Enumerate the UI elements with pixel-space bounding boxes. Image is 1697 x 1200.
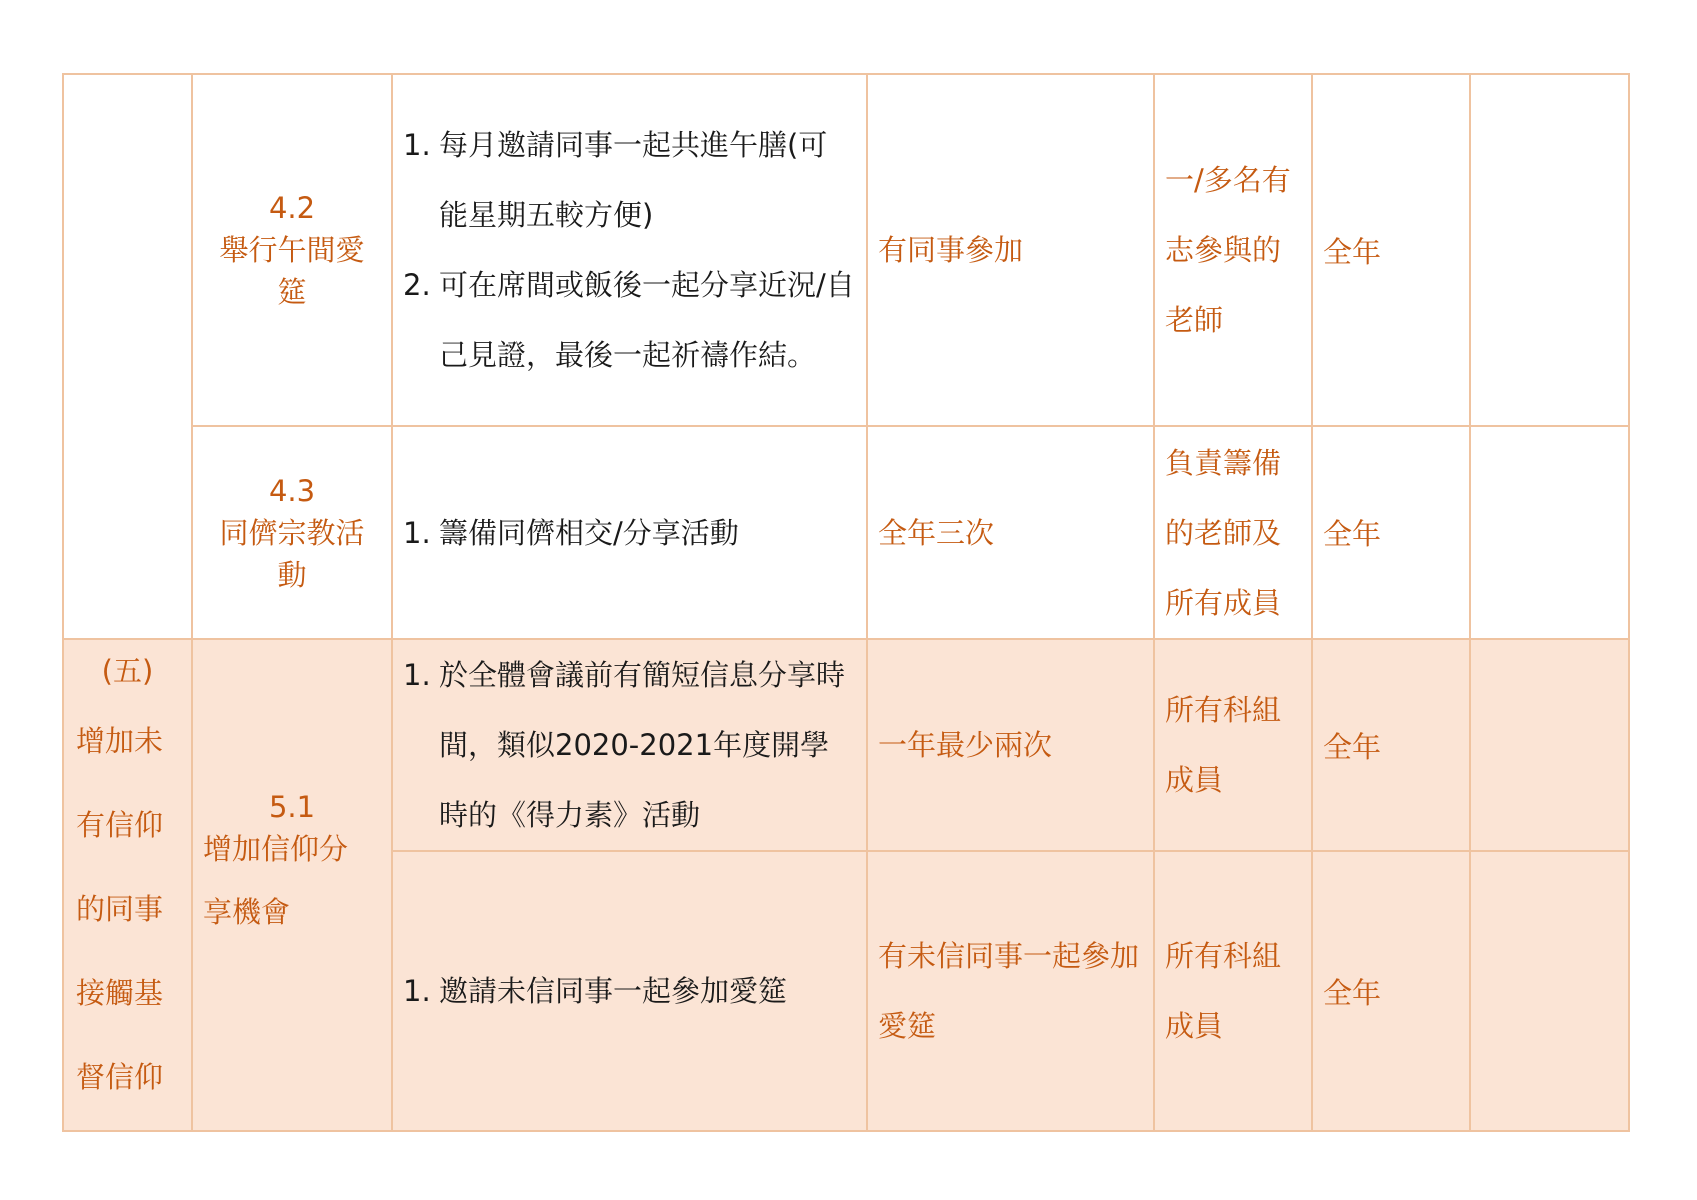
sub-item-number: 4.3 [203, 470, 381, 512]
activities-cell: 1. 每月邀請同事一起共進午膳(可能星期五較方便) 2. 可在席間或飯後一起分享… [392, 74, 867, 426]
goal-cell: (五) 增加未有信仰的同事接觸基督信仰 [63, 639, 192, 1131]
plan-table: 4.2 舉行午間愛筵 1. 每月邀請同事一起共進午膳(可能星期五較方便) 2. … [62, 73, 1630, 1132]
activity-text: 籌備同儕相交/分享活動 [439, 516, 739, 550]
table-row: 4.3 同儕宗教活動 1. 籌備同儕相交/分享活動 全年三次 負責籌備的老師及所… [63, 426, 1629, 639]
sub-item-title-cont: 享機會 [203, 870, 381, 954]
sub-item-cell: 4.2 舉行午間愛筵 [192, 74, 392, 426]
activities-cell: 1. 邀請未信同事一起參加愛筵 [392, 851, 867, 1131]
activity-number: 1. [403, 513, 431, 553]
activity-text: 可在席間或飯後一起分享近況/自己見證，最後一起祈禱作結。 [439, 268, 855, 372]
activity-number: 1. [403, 640, 431, 710]
activity-number: 1. [403, 956, 431, 1026]
activities-cell: 1. 籌備同儕相交/分享活動 [392, 426, 867, 639]
owner-cell: 一/多名有志參與的老師 [1154, 74, 1312, 426]
owner-cell: 所有科組成員 [1154, 851, 1312, 1131]
activity-item: 1. 籌備同儕相交/分享活動 [403, 513, 856, 553]
success-criteria-cell: 一年最少兩次 [867, 639, 1154, 851]
remarks-cell [1470, 426, 1629, 639]
sub-item-title: 增加信仰分 [203, 828, 381, 870]
goal-text: 增加未有信仰的同事接觸基督信仰 [74, 699, 181, 1119]
period-cell: 全年 [1312, 74, 1470, 426]
activity-item: 2. 可在席間或飯後一起分享近況/自己見證，最後一起祈禱作結。 [403, 250, 856, 390]
remarks-cell [1470, 74, 1629, 426]
sub-item-title: 舉行午間愛筵 [203, 229, 381, 313]
activity-number: 2. [403, 250, 431, 320]
sub-item-number: 4.2 [203, 187, 381, 229]
table-row: 4.2 舉行午間愛筵 1. 每月邀請同事一起共進午膳(可能星期五較方便) 2. … [63, 74, 1629, 426]
goal-cell-empty [63, 74, 192, 639]
activity-text: 每月邀請同事一起共進午膳(可能星期五較方便) [439, 128, 827, 232]
activity-item: 1. 邀請未信同事一起參加愛筵 [403, 956, 856, 1026]
success-criteria-cell: 有未信同事一起參加愛筵 [867, 851, 1154, 1131]
activity-text: 於全體會議前有簡短信息分享時間，類似2020-2021年度開學時的《得力素》活動 [439, 658, 845, 832]
sub-item-cell: 4.3 同儕宗教活動 [192, 426, 392, 639]
activity-item: 1. 每月邀請同事一起共進午膳(可能星期五較方便) [403, 110, 856, 250]
sub-item-number: 5.1 [203, 786, 381, 828]
remarks-cell [1470, 639, 1629, 851]
goal-number: (五) [74, 651, 181, 691]
period-cell: 全年 [1312, 426, 1470, 639]
table-row: (五) 增加未有信仰的同事接觸基督信仰 5.1 增加信仰分 享機會 1. 於全體… [63, 639, 1629, 851]
activities-cell: 1. 於全體會議前有簡短信息分享時間，類似2020-2021年度開學時的《得力素… [392, 639, 867, 851]
period-cell: 全年 [1312, 851, 1470, 1131]
sub-item-cell: 5.1 增加信仰分 享機會 [192, 639, 392, 1131]
sub-item-title: 同儕宗教活動 [203, 512, 381, 596]
activity-text: 邀請未信同事一起參加愛筵 [439, 974, 787, 1008]
owner-cell: 所有科組成員 [1154, 639, 1312, 851]
remarks-cell [1470, 851, 1629, 1131]
activity-item: 1. 於全體會議前有簡短信息分享時間，類似2020-2021年度開學時的《得力素… [403, 640, 856, 850]
success-criteria-cell: 有同事參加 [867, 74, 1154, 426]
success-criteria-cell: 全年三次 [867, 426, 1154, 639]
activity-number: 1. [403, 110, 431, 180]
owner-cell: 負責籌備的老師及所有成員 [1154, 426, 1312, 639]
period-cell: 全年 [1312, 639, 1470, 851]
